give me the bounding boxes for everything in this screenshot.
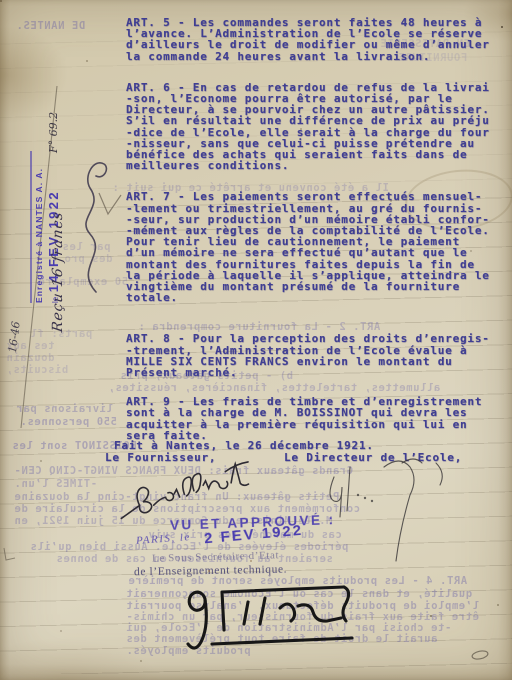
typed-articles: ART. 5 - Les commandes seront faites 48 … [126, 17, 508, 461]
paper-specks [0, 0, 2, 2]
folio-note: F° 69.2 [47, 112, 60, 153]
article-6: ART. 6 - En cas de retardou de refus de … [126, 82, 508, 172]
scanned-contract-document: DE NANTES.EN PATISSERIEFOURNITUREIl a ét… [0, 0, 512, 680]
article-8: ART. 8 - Pour la perception des droits d… [126, 333, 508, 378]
pencil-ellipse-mark [471, 650, 488, 661]
article-7: ART. 7 - Les paiements seront effectués … [126, 191, 508, 303]
article-5: ART. 5 - Les commandes seront faites 48 … [126, 17, 508, 62]
fee-note: Reçu 16 francs [50, 171, 66, 333]
closing-place-date: Fait à Nantes, le 26 décembre 1921. [114, 440, 374, 451]
undersecretary-signature [152, 578, 362, 653]
registration-stamp-text: Enregistré à NANTES A. A. [34, 151, 44, 303]
article-9: ART. 9 - Les frais de timbre et d’enregi… [126, 396, 508, 441]
supplier-signatory-label: Le Fournisseur, [105, 452, 216, 463]
pencil-corner-mark [4, 548, 15, 560]
registrar-margin-signature [66, 150, 112, 300]
